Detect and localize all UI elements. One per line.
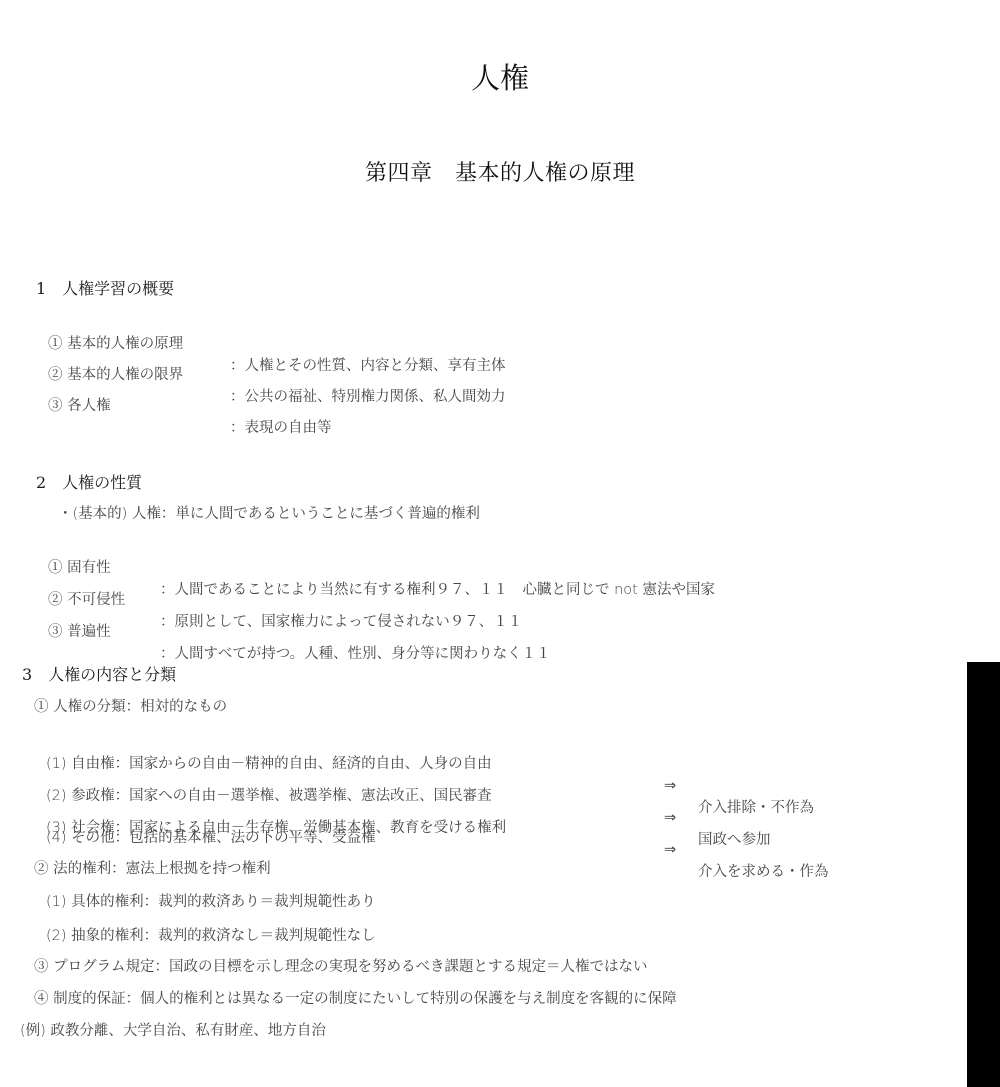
section-3-heading: 3 人権の内容と分類 bbox=[22, 664, 176, 686]
legal-rights-row: (2) 抽象的権利：裁判的救済なし＝裁判規範性なし bbox=[46, 925, 376, 947]
black-bar bbox=[967, 662, 1000, 1087]
classification-label: ① 人権の分類：相対的なもの bbox=[34, 696, 227, 718]
section-1-item: ③ 各人権 ：表現の自由等 bbox=[48, 373, 648, 461]
chapter-heading: 第四章 基本的人権の原理 bbox=[0, 158, 1000, 190]
item-label: ③ 各人権 bbox=[48, 395, 111, 417]
section-2-intro: ・(基本的) 人権：単に人間であるということに基づく普遍的権利 bbox=[58, 503, 480, 525]
arrow-icon: ⇒ bbox=[664, 839, 676, 861]
legal-rights-label: ② 法的権利：憲法上根拠を持つ権利 bbox=[34, 858, 271, 880]
document-page: 人権 第四章 基本的人権の原理 1 人権学習の概要 ① 基本的人権の原理 ：人権… bbox=[0, 0, 1000, 1087]
section-2-heading: 2 人権の性質 bbox=[36, 472, 142, 494]
document-title: 人権 bbox=[0, 58, 1000, 98]
legal-rights-row: (1) 具体的権利：裁判的救済あり＝裁判規範性あり bbox=[46, 891, 376, 913]
example-line: (例) 政教分離、大学自治、私有財産、地方自治 bbox=[20, 1020, 326, 1042]
classification-row: (4) その他：包括的基本権、法の下の平等、受益権 bbox=[46, 827, 376, 849]
item-label: ③ 普遍性 bbox=[48, 621, 111, 643]
section-1-heading: 1 人権学習の概要 bbox=[36, 278, 174, 300]
item-value: ：人間すべてが持つ。人種、性別、身分等に関わりなく１１ bbox=[160, 643, 551, 665]
program-provision: ③ プログラム規定：国政の目標を示し理念の実現を努めるべき課題とする規定＝人権で… bbox=[34, 956, 647, 978]
row-result: 介入を求める・作為 bbox=[698, 861, 829, 883]
item-value: ：表現の自由等 bbox=[230, 417, 332, 439]
classification-row: (3) 社会権：国家による自由－生存権、労働基本権、教育を受ける権利 ⇒ 介入を… bbox=[46, 795, 926, 905]
institutional-guarantee: ④ 制度的保証：個人的権利とは異なる一定の制度にたいして特別の保護を与え制度を客… bbox=[34, 988, 677, 1010]
